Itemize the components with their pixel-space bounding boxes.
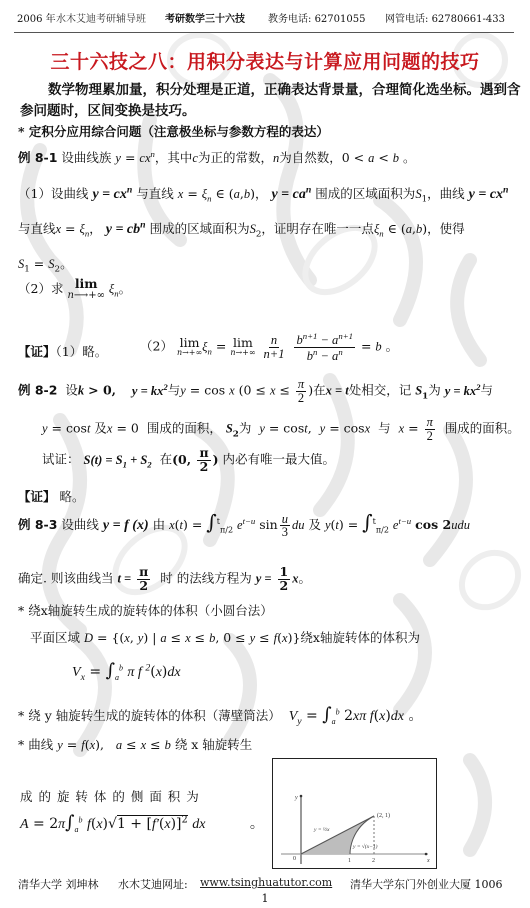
curve-label: y = √(x−1)	[352, 843, 378, 850]
example-8-1-proof: 【证】（1）略。	[18, 342, 107, 360]
text: 与	[481, 383, 494, 398]
example-8-1-part1-line2: 与直线x = ξn， y = cbn 围成的区域面积为S2，证明存在唯一一点ξn…	[18, 219, 465, 240]
text: 围成的区域面积为	[150, 221, 250, 236]
section-heading-volume-x: * 绕x轴旋转生成的旋转体的体积（小圆台法）	[18, 601, 273, 619]
text: 及	[308, 517, 321, 532]
text: 及	[94, 421, 107, 436]
text: （1）设曲线	[18, 186, 88, 201]
text: 处相交，记	[349, 383, 412, 398]
example-8-1-proof-formula: （2） limn→+∞ξn = limn→+∞ nn+1 bn+1 − an+1…	[140, 332, 398, 362]
area-plot-svg: y x 0 1 2 (2, 1) y = ½x y = √(x−1)	[273, 759, 436, 868]
text: 在	[313, 383, 326, 398]
example-label: 例 8-3	[18, 517, 57, 532]
admin-phone-label: 网管电话:	[385, 14, 428, 25]
text: 为自然数，	[279, 150, 342, 165]
example-8-1-part1-line3: S1 = S2。	[18, 254, 73, 275]
example-8-1-part1-line1: （1）设曲线 y = cxn 与直线 x = ξn ∈ (a,b)， y = c…	[18, 184, 509, 205]
proof-label: 【证】	[18, 489, 56, 504]
admin-phone: 62780661-433	[432, 14, 505, 25]
text: ，曲线	[427, 186, 465, 201]
text: ，	[255, 186, 268, 201]
x-axis-label: x	[426, 858, 430, 864]
header-course: 考研数学三十六技	[165, 10, 245, 25]
example-8-1-statement: 例 8-1 设曲线族 y = cxn，其中c为正的常数，n为自然数，0 < a …	[18, 148, 416, 166]
example-8-2-proof: 【证】 略。	[18, 487, 85, 505]
formula-volume-x: Vx = ∫ab π f 2(x)dx	[72, 660, 181, 683]
example-8-3-line2: 确定. 则该曲线当 t = π2 时 的法线方程为 y = 12x。	[18, 566, 311, 592]
surface-area-line2: 成 的 旋 转 体 的 侧 面 积 为	[20, 787, 200, 805]
text: 围成的面积，	[147, 421, 222, 436]
example-label: 例 8-1	[18, 150, 57, 165]
text: 时 的法线方程为	[160, 571, 251, 586]
text: 为	[428, 383, 441, 398]
text: 设曲线	[61, 517, 99, 532]
header-admin-phone: 网管电话: 62780661-433	[385, 10, 505, 25]
text: （2）	[140, 339, 173, 354]
edu-phone: 62701055	[315, 14, 366, 25]
text: 。	[298, 571, 311, 586]
text: 由	[153, 517, 166, 532]
text: 围成的面积。	[445, 421, 520, 436]
text: * 曲线	[18, 737, 53, 752]
example-8-2-line2: y = cost 及x = 0 围成的面积， S2为 y = cost, y =…	[42, 416, 520, 442]
y-axis-label: y	[294, 795, 298, 801]
origin-label: 0	[293, 856, 296, 862]
page-title: 三十六技之八：用积分表达与计算应用问题的技巧	[0, 47, 530, 74]
text: 略。	[60, 489, 85, 504]
surface-area-line1: * 曲线 y = f(x), a ≤ x ≤ b 绕 x 轴旋转生	[18, 735, 252, 753]
text: 确定. 则该曲线当	[18, 571, 113, 586]
footer-site-label: 水木艾迪网址:	[118, 876, 188, 892]
text: 与	[168, 383, 181, 398]
text: 在	[160, 452, 173, 467]
section-heading-applications: * 定积分应用综合问题（注意极坐标与参数方程的表达）	[18, 122, 329, 140]
text: 。	[119, 281, 132, 296]
text: （2）求	[18, 281, 63, 296]
footer-address: 清华大学东门外创业大厦 1006	[350, 876, 503, 892]
footer-author: 清华大学 刘坤林	[18, 876, 99, 892]
example-8-1-part2: （2）求 limn⟶+∞ ξn。	[18, 278, 131, 301]
text: 。	[60, 256, 73, 271]
page-number: 1	[0, 892, 530, 905]
text: ，其中	[155, 150, 193, 165]
text: 平面区域	[30, 630, 80, 645]
text: 为正的常数，	[198, 150, 273, 165]
header-year: 2006 年	[17, 10, 56, 25]
region-definition: 平面区域 D = {(x, y) | a ≤ x ≤ b, 0 ≤ y ≤ f(…	[30, 628, 420, 646]
text: 与直线	[136, 186, 174, 201]
header-org: 水木艾迪考研辅导班	[56, 10, 146, 25]
text: 内必有唯一最大值。	[223, 452, 336, 467]
header-edu-phone: 教务电话: 62701055	[268, 10, 365, 25]
edu-phone-label: 教务电话:	[268, 14, 311, 25]
figure-area-plot: y x 0 1 2 (2, 1) y = ½x y = √(x−1)	[272, 758, 437, 869]
tick-1: 1	[348, 858, 351, 864]
section-heading-volume-y: * 绕 y 轴旋转生成的旋转体的体积（薄壁筒法） Vy = ∫ab 2xπ f(…	[18, 704, 422, 727]
example-8-2-line3: 试证： S(t) = S1 + S2 在(0, π2) 内必有唯一最大值。	[42, 447, 335, 473]
text: ，证明存在唯一一点	[261, 221, 374, 236]
text: 绕x轴旋转体的体积为	[300, 630, 420, 645]
text: * 绕 y 轴旋转生成的旋转体的体积（薄壁筒法）	[18, 708, 281, 723]
example-label: 例 8-2	[18, 383, 57, 398]
footer-site-link[interactable]: www.tsinghuatutor.com	[200, 876, 332, 889]
text: （1）略。	[56, 344, 108, 359]
header-divider	[14, 32, 514, 33]
text: 为	[239, 421, 252, 436]
text: 设曲线族	[61, 150, 111, 165]
example-8-2-line1: 例 8-2 设k > 0, y = kx2与y = cos x (0 ≤ x ≤…	[18, 378, 493, 404]
text: 设	[65, 383, 78, 398]
tick-2: 2	[372, 858, 375, 864]
formula-surface-area: A = 2π∫ab f(x)√1 + [f′(x)]2 dx 。	[20, 812, 264, 834]
intro-paragraph: 数学物理累加量，积分处理是正道，正确表达背景量，合理简化选坐标。遇到含参问题时，…	[20, 80, 525, 122]
text: 绕 x 轴旋转生	[175, 737, 253, 752]
text: ，使得	[427, 221, 465, 236]
text: 与直线	[18, 221, 56, 236]
text: 试证：	[42, 452, 80, 467]
proof-label: 【证】	[18, 344, 56, 359]
text: 与	[378, 421, 391, 436]
text: ，	[89, 221, 102, 236]
example-8-3-line1: 例 8-3 设曲线 y = f (x) 由 x(t) = ∫tπ/2 et−u …	[18, 510, 470, 539]
text: 围成的区域面积为	[315, 186, 415, 201]
point-label: (2, 1)	[377, 812, 390, 819]
line-label: y = ½x	[313, 826, 330, 833]
